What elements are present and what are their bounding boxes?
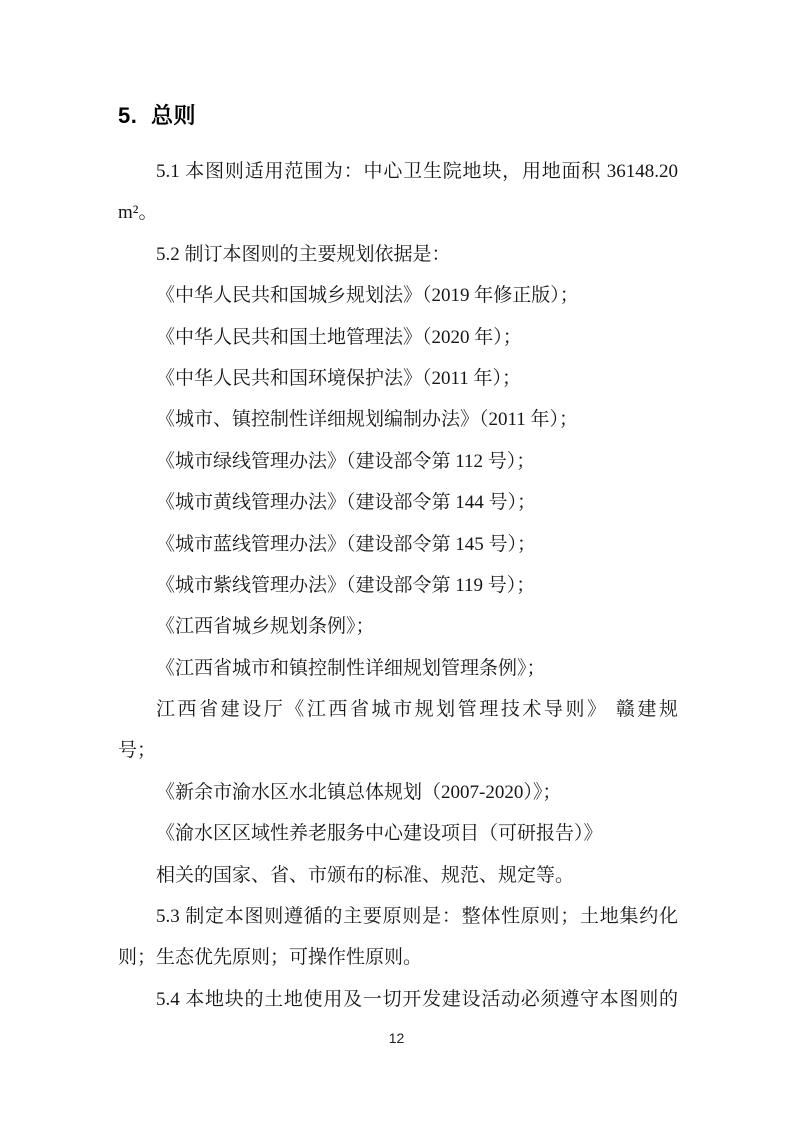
text-line: 《城市黄线管理办法》（建设部令第 144 号）； [118,482,678,523]
text-line: 则；生态优先原则；可操作性原则。 [118,937,678,978]
text-line: 5.4 本地块的土地使用及一切开发建设活动必须遵守本图则的 [118,979,678,1020]
text-line: 江西省建设厅《江西省城市规划管理技术导则》 赣建规[2014]19 [118,689,678,730]
text-line: 《城市紫线管理办法》（建设部令第 119 号）； [118,565,678,606]
text-line: 5.2 制订本图则的主要规划依据是： [118,234,678,275]
text-line: 号； [118,730,678,771]
text-line: 5.1 本图则适用范围为：中心卫生院地块，用地面积 36148.20 [118,151,678,192]
text-line: 《城市、镇控制性详细规划编制办法》（2011 年）； [118,399,678,440]
paragraph-lines: 5.1 本图则适用范围为：中心卫生院地块，用地面积 36148.20m²。5.2… [118,151,678,1020]
text-line: m²。 [118,192,678,233]
section-heading: 5. 总则 [118,103,678,129]
document-content: 5. 总则 5.1 本图则适用范围为：中心卫生院地块，用地面积 36148.20… [118,103,678,1020]
document-page: 5. 总则 5.1 本图则适用范围为：中心卫生院地块，用地面积 36148.20… [0,0,793,1122]
text-line: 《江西省城市和镇控制性详细规划管理条例》； [118,648,678,689]
text-line: 《中华人民共和国土地管理法》（2020 年）； [118,317,678,358]
text-line: 《江西省城乡规划条例》； [118,606,678,647]
text-line: 《城市绿线管理办法》（建设部令第 112 号）； [118,441,678,482]
page-number: 12 [0,1030,793,1046]
text-line: 5.3 制定本图则遵循的主要原则是：整体性原则；土地集约化原 [118,896,678,937]
text-line: 《中华人民共和国环境保护法》（2011 年）； [118,358,678,399]
text-line: 相关的国家、省、市颁布的标准、规范、规定等。 [118,855,678,896]
text-line: 《渝水区区域性养老服务中心建设项目（可研报告）》 [118,813,678,854]
text-line: 《新余市渝水区水北镇总体规划（2007-2020）》； [118,772,678,813]
text-line: 《中华人民共和国城乡规划法》（2019 年修正版）； [118,275,678,316]
text-line: 《城市蓝线管理办法》（建设部令第 145 号）； [118,524,678,565]
